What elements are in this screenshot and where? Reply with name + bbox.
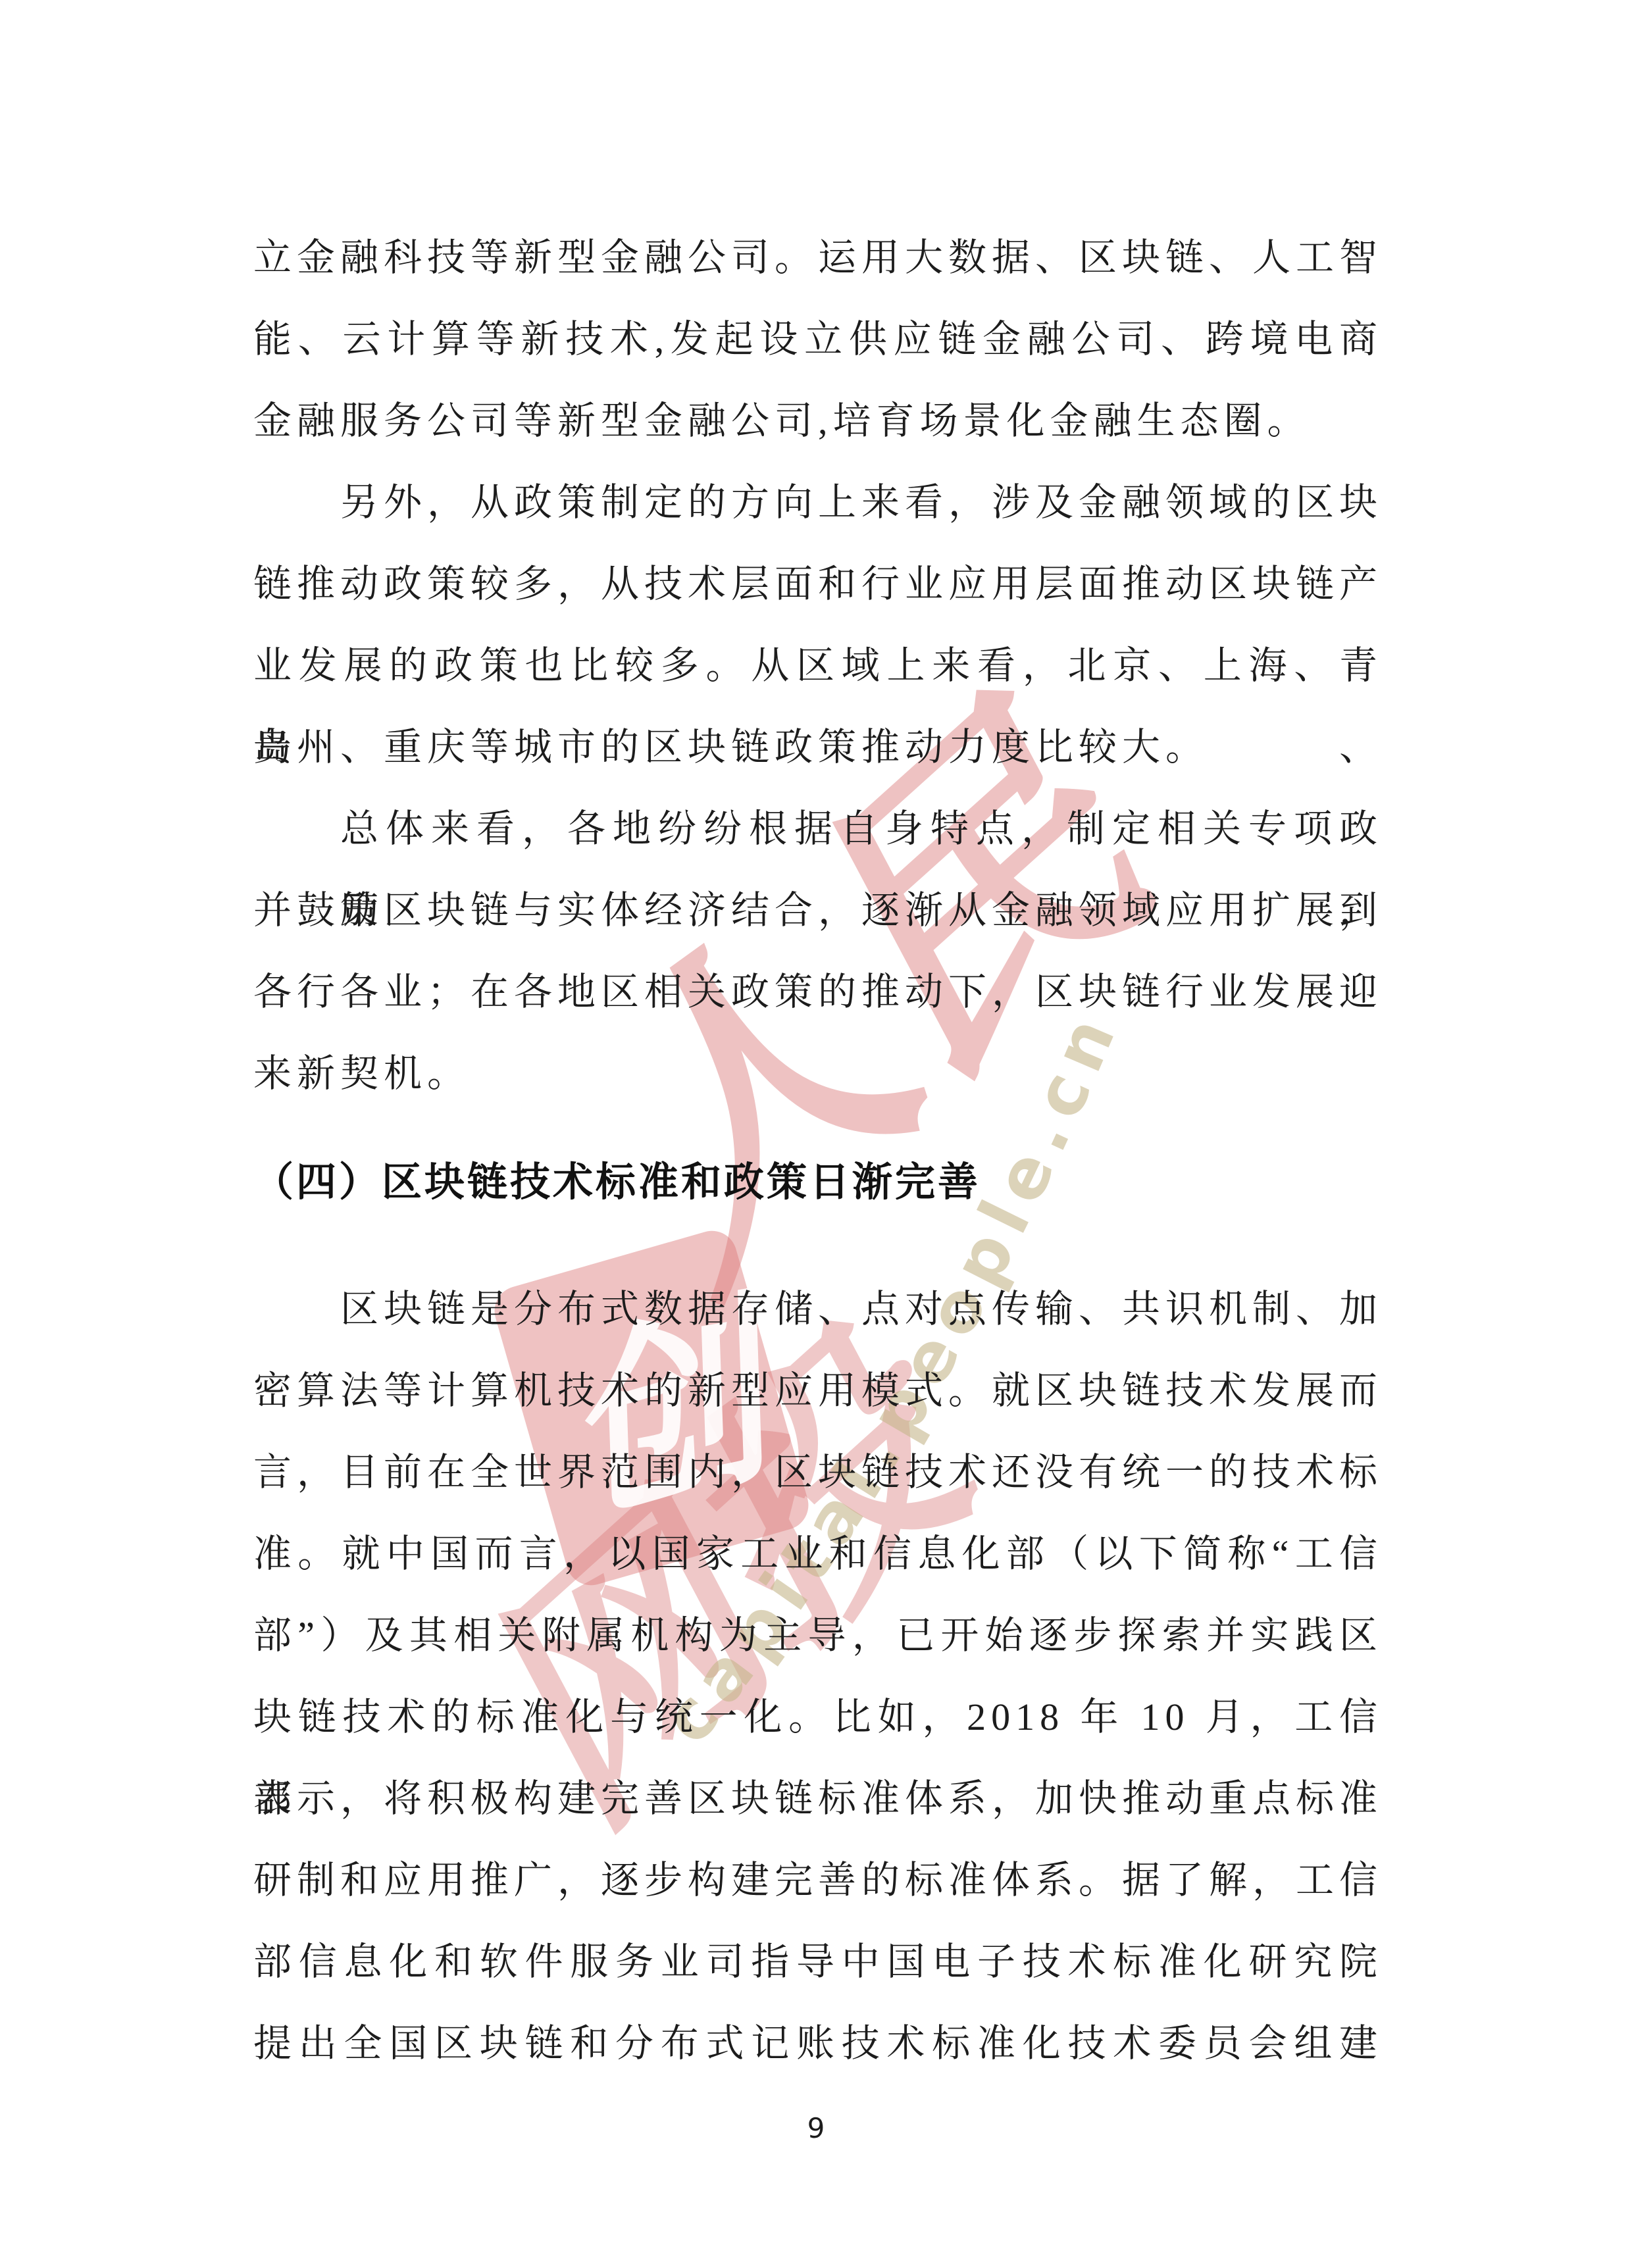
text-line: 部信息化和软件服务业司指导中国电子技术标准化研究院 [253,1921,1383,2003]
text-line: 部”）及其相关附属机构为主导，已开始逐步探索并实践区 [253,1595,1383,1676]
text-line: 研制和应用推广，逐步构建完善的标准体系。据了解，工信 [253,1840,1383,1921]
text-line: 来新契机。 [253,1033,1383,1115]
text-line: 另外，从政策制定的方向上来看，涉及金融领域的区块 [253,462,1383,543]
text-line: 金融服务公司等新型金融公司,培育场景化金融生态圈。 [253,380,1383,462]
text-line: 表示，将积极构建完善区块链标准体系，加快推动重点标准 [253,1758,1383,1840]
text-line: 并鼓励区块链与实体经济结合，逐渐从金融领域应用扩展到 [253,870,1383,951]
text-line: 能、云计算等新技术,发起设立供应链金融公司、跨境电商 [253,299,1383,380]
text-line: 各行各业；在各地区相关政策的推动下，区块链行业发展迎 [253,951,1383,1033]
text-line: 密算法等计算机技术的新型应用模式。就区块链技术发展而 [253,1350,1383,1432]
text-line: 准。就中国而言，以国家工业和信息化部（以下简称“工信 [253,1513,1383,1595]
document-page: 人民 网投 创 capital.people.cn 立金融科技等新型金融公司。运… [0,0,1632,2268]
text-line: 立金融科技等新型金融公司。运用大数据、区块链、人工智 [253,217,1383,299]
text-line: 提出全国区块链和分布式记账技术标准化技术委员会组建 [253,2003,1383,2084]
text-line: 区块链是分布式数据存储、点对点传输、共识机制、加 [253,1269,1383,1350]
text-line: 言，目前在全世界范围内，区块链技术还没有统一的技术标 [253,1432,1383,1513]
text-line: 业发展的政策也比较多。从区域上来看，北京、上海、青岛、 [253,625,1383,707]
page-number: 9 [0,2112,1632,2144]
document-body: 立金融科技等新型金融公司。运用大数据、区块链、人工智能、云计算等新技术,发起设立… [253,217,1383,2084]
text-line: 块链技术的标准化与统一化。比如，2018 年 10 月，工信部 [253,1676,1383,1758]
text-line: 总体来看，各地纷纷根据自身特点，制定相关专项政策， [253,788,1383,870]
section-heading: （四）区块链技术标准和政策日渐完善 [253,1141,1383,1222]
text-line: 链推动政策较多，从技术层面和行业应用层面推动区块链产 [253,543,1383,625]
